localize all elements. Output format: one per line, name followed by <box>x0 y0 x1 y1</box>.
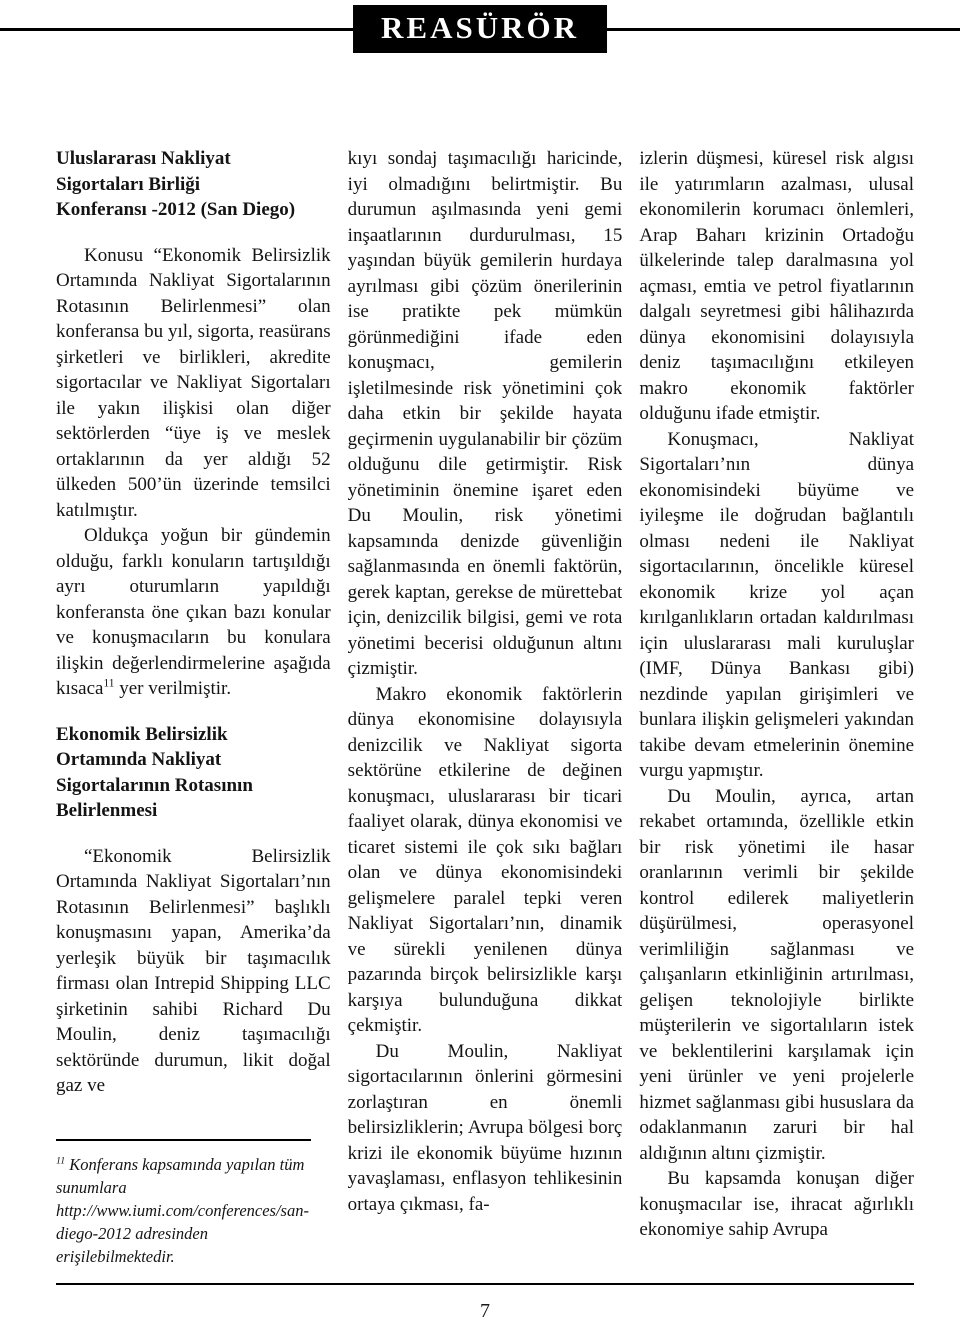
footnote-separator <box>56 1139 311 1141</box>
paragraph: Du Moulin, ayrıca, artan rekabet ortamın… <box>639 784 914 1167</box>
superscript-marker: 11 <box>103 678 114 690</box>
paragraph: Oldukça yoğun bir gündemin olduğu, farkl… <box>56 523 331 702</box>
footnote-text: 11 Konferans kapsamında yapılan tüm sunu… <box>56 1153 331 1268</box>
paragraph: “Ekonomik Belirsizlik Ortamında Nakliyat… <box>56 844 331 1099</box>
paragraph: izlerin düşmesi, küresel risk algısı ile… <box>639 146 914 427</box>
masthead: REASÜRÖR <box>0 2 960 62</box>
paragraph: Du Moulin, Nakliyat sigortacılarının önl… <box>348 1039 623 1218</box>
article-columns: Uluslararası Nakliyat Sigortaları Birliğ… <box>0 146 960 1268</box>
column-2: kıyı sondaj taşımacılığı haricinde, iyi … <box>348 146 623 1268</box>
paragraph: Konuşmacı, Nakliyat Sigortaları’nın düny… <box>639 427 914 784</box>
paragraph: Makro ekonomik faktörlerin dünya ekonomi… <box>348 682 623 1039</box>
page-footer: 7 <box>56 1283 914 1323</box>
footer-rule <box>56 1283 914 1285</box>
footnote-area: 11 Konferans kapsamında yapılan tüm sunu… <box>56 1129 331 1268</box>
column-3: izlerin düşmesi, küresel risk algısı ile… <box>639 146 914 1268</box>
masthead-title: REASÜRÖR <box>353 5 607 53</box>
column-1: Uluslararası Nakliyat Sigortaları Birliğ… <box>56 146 331 1268</box>
article-title: Uluslararası Nakliyat Sigortaları Birliğ… <box>56 146 331 223</box>
paragraph: Konusu “Ekonomik Belirsizlik Ortamında N… <box>56 243 331 524</box>
document-page: REASÜRÖR Uluslararası Nakliyat Sigortala… <box>0 0 960 1337</box>
page-number: 7 <box>56 1300 914 1323</box>
superscript-marker: 11 <box>56 1156 65 1167</box>
paragraph: kıyı sondaj taşımacılığı haricinde, iyi … <box>348 146 623 682</box>
paragraph: Bu kapsamda konuşan diğer konuşmacılar i… <box>639 1166 914 1243</box>
section-heading: Ekonomik Belirsizlik Ortamında Nakliyat … <box>56 722 331 824</box>
